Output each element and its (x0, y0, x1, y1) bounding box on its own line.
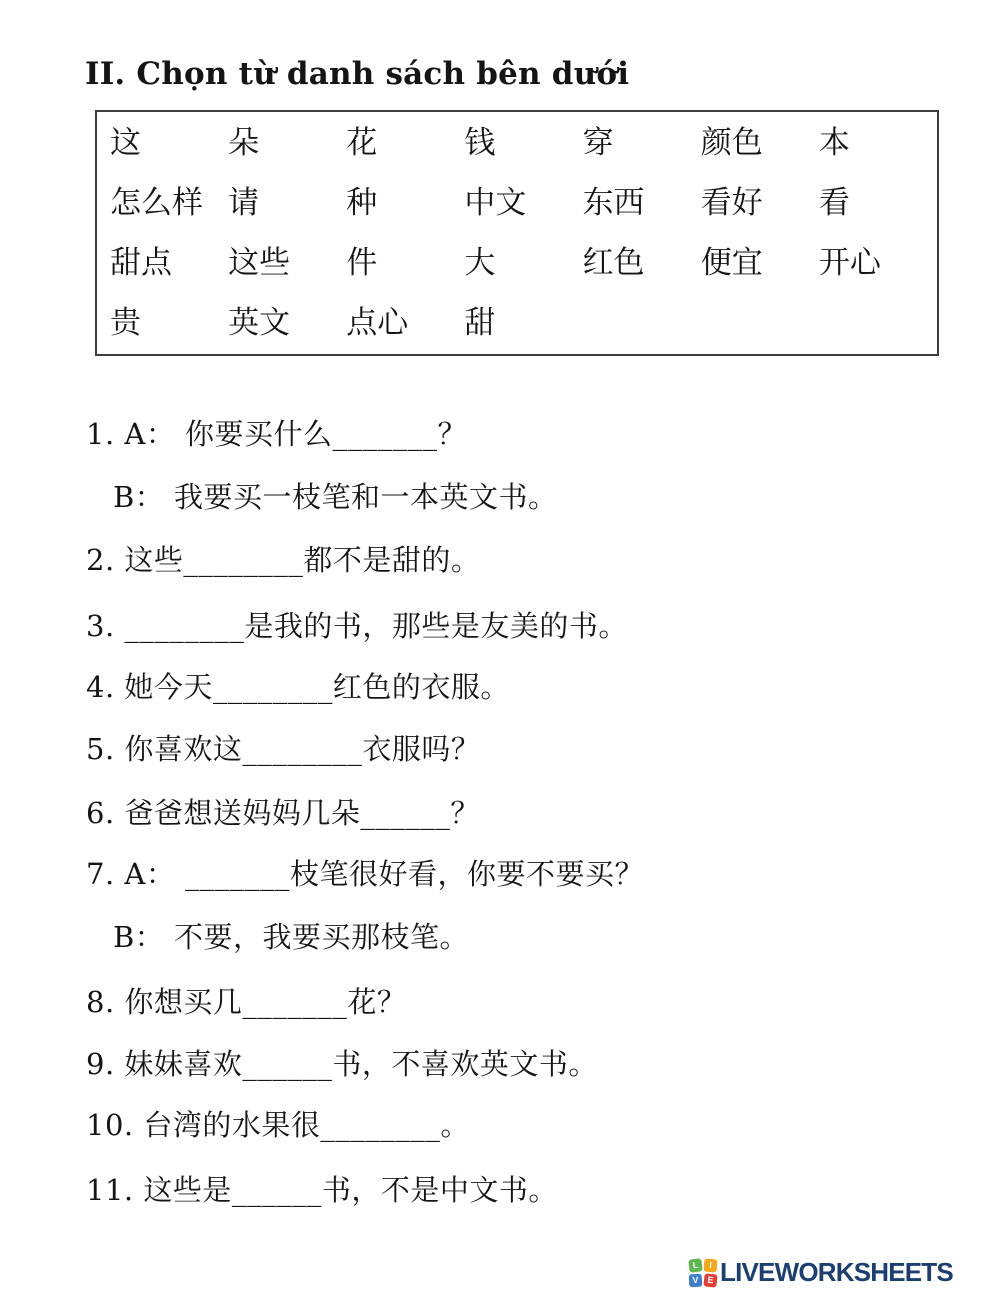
word-bank-item: 红色 (583, 248, 701, 279)
word-bank-item: 这 (110, 128, 228, 159)
question-3: 3. ________是我的书，那些是友美的书。 (86, 610, 628, 643)
word-bank-item: 甜点 (110, 248, 228, 279)
question-4: 4. 她今天________红色的衣服。 (86, 671, 510, 704)
question-11: 11. 这些是______书，不是中文书。 (86, 1174, 558, 1207)
word-bank-item: 朵 (228, 128, 346, 159)
word-bank-item: 请 (228, 188, 346, 219)
question-9: 9. 妹妹喜欢______书，不喜欢英文书。 (86, 1048, 598, 1081)
question-8: 8. 你想买几_______花？ (86, 986, 406, 1019)
logo-square-e: E (703, 1273, 717, 1287)
word-bank-item: 英文 (228, 308, 346, 339)
word-bank-item: 甜 (464, 308, 582, 339)
liveworksheets-logo[interactable]: L I V E LIVEWORKSHEETS (689, 1252, 953, 1292)
word-bank-item: 钱 (464, 128, 582, 159)
word-bank-item: 开心 (819, 248, 937, 279)
worksheet-page: II. Chọn từ danh sách bên dưới 这 朵 花 钱 穿… (0, 0, 1000, 1294)
word-bank-item: 花 (346, 128, 464, 159)
word-bank-item: 颜色 (701, 128, 819, 159)
word-bank-item: 种 (346, 188, 464, 219)
word-bank-item: 看 (819, 188, 937, 219)
word-bank-item: 大 (464, 248, 582, 279)
logo-square-l: L (688, 1258, 702, 1272)
liveworksheets-wordmark: LIVEWORKSHEETS (720, 1257, 953, 1288)
question-1-line-a: 1. A： 你要买什么_______？ (86, 418, 467, 451)
word-bank-item: 贵 (110, 308, 228, 339)
question-6: 6. 爸爸想送妈妈几朵______？ (86, 797, 480, 830)
logo-square-v: V (689, 1274, 703, 1288)
question-7-line-b: B： 不要，我要买那枝笔。 (113, 921, 469, 954)
word-bank-item: 便宜 (701, 248, 819, 279)
logo-square-i: I (704, 1259, 718, 1273)
word-bank-item: 看好 (701, 188, 819, 219)
question-2: 2. 这些________都不是甜的。 (86, 544, 480, 577)
section-title: II. Chọn từ danh sách bên dưới (85, 56, 629, 92)
word-bank-item: 件 (346, 248, 464, 279)
question-10: 10. 台湾的水果很________。 (86, 1109, 470, 1142)
question-7-line-a: 7. A： _______枝笔很好看，你要不要买？ (86, 858, 644, 891)
word-bank-item: 穿 (583, 128, 701, 159)
word-bank-item: 这些 (228, 248, 346, 279)
word-bank-item: 点心 (346, 308, 464, 339)
question-1-line-b: B： 我要买一枝笔和一本英文书。 (113, 481, 558, 514)
question-5: 5. 你喜欢这________衣服吗？ (86, 733, 480, 766)
liveworksheets-logo-icon: L I V E (689, 1259, 717, 1287)
word-bank-item: 本 (819, 128, 937, 159)
word-bank-item: 怎么样 (110, 188, 228, 219)
word-bank-item: 东西 (583, 188, 701, 219)
word-bank-box: 这 朵 花 钱 穿 颜色 本 怎么样 请 种 中文 东西 看好 看 甜点 这些 … (95, 110, 939, 356)
word-bank-item: 中文 (464, 188, 582, 219)
